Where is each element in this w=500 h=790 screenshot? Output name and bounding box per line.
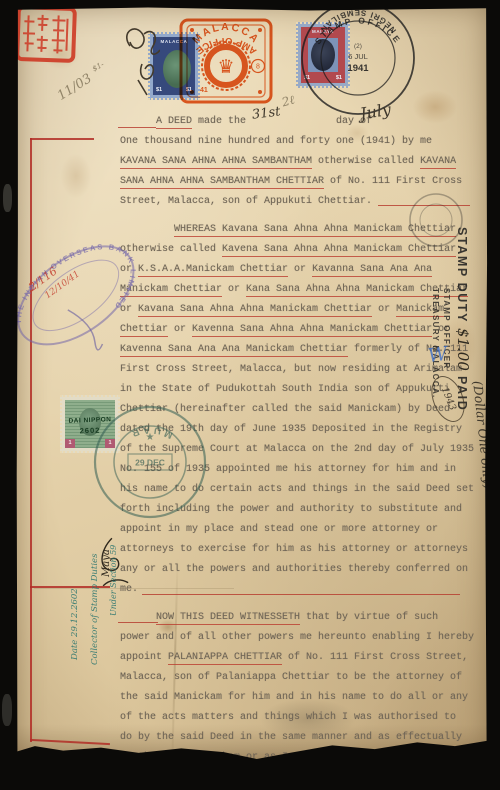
pencil-fraction-note: 11/03 [55,71,95,104]
typed-line: or K.S.A.A.Manickam Chettiar or Kavanna … [120,260,480,280]
typed-line: of the acts matters and things which I w… [120,708,480,728]
stamp-duty-amount-handwritten: $1.00 [454,328,472,371]
typed-line: as the said Manickam or as I might now d… [120,748,480,768]
ink-monogram [110,24,160,98]
postmark-negri-sembilan: STAMP OFFICE NEGRI SEMBILAN (2) 6 JUL 19… [298,0,418,118]
typed-text: that by virtue of such [300,612,438,623]
typed-text: First Cross Street, Malacca, but now res… [120,364,462,375]
typed-text: as the said Manickam or as I might now d… [120,752,456,763]
leader-rule [118,622,158,623]
postmark-muar: ★ 29 DEC MUAR [88,400,212,524]
typed-line: One thousand nine hundred and forty one … [120,132,480,152]
underlined-text: KAVANA SANA AHNA AHNA SAMBANTHAM [120,156,312,169]
purple-signature [68,305,104,351]
crown-icon: ♛ [217,57,234,78]
typed-text: Street, Malacca, son of Appukuti Chettia… [120,196,372,207]
collector-of-stamp-duties: Collector of Stamp Duties [90,554,100,665]
typed-text: or [372,304,396,315]
postmark-center-line2: 6 JUL [348,52,368,61]
embossed-revenue-stamp-malacca: MALACCA AMP OFFICE ♛ 41 8 [178,14,274,106]
underlined-text: KAVANA [420,156,456,169]
stamp-value: 1 [65,439,75,448]
typed-text: or [222,284,246,295]
red-margin-tick [30,138,94,140]
typed-text: Malacca, son of Palaniappa Chettiar to b… [120,672,462,683]
postmark-year: 1941 [347,63,369,74]
leader-rule [118,127,156,128]
typed-line: power and of all other powers me hereunt… [120,628,480,648]
underlined-text: SANA AHNA AHNA SAMBANTHAM CHETTIAR [120,176,324,189]
underlined-text: NOW THIS DEED WITNESSETH [156,612,300,625]
typed-line: First Cross Street, Malacca, but now res… [120,360,480,380]
typed-line: the said Manickam for him and in his nam… [120,688,480,708]
typed-text: power and of all other powers me hereunt… [120,632,474,643]
japanese-red-seal [15,5,77,63]
typed-text: appoint in my place and stead one or mor… [120,524,438,535]
typed-text: or [288,264,312,275]
typed-line: KAVANA SANA AHNA AHNA SAMBANTHAM otherwi… [120,152,480,172]
paragraph-gap [120,600,480,608]
typed-line: attorneys to exercise for him as his att… [120,540,480,560]
leader-rule [142,594,460,595]
typed-text: any or all the powers and authorities th… [120,564,468,575]
typed-line: appoint PALANIAPPA CHETTIAR of No. 111 F… [120,648,480,668]
typed-text: otherwise called [312,156,420,167]
typed-text: appoint [120,652,168,663]
typed-text [120,116,156,127]
photo-edge-artifact [3,184,12,212]
pencil-note-2l: 2ℓ [280,93,296,111]
underlined-text: Kavanna Sana Ana Ana [312,264,432,277]
typed-text: do by the said Deed in the same manner a… [120,732,462,743]
typed-text: attorneys to exercise for him as his att… [120,544,468,555]
pencil-value-note: $1- [91,60,106,74]
photo-of-deed: A DEED made the day ofOne thousand nine … [0,0,500,790]
underlined-text: Kavenna Sana Ana Ana Manickam Chettiar [120,344,348,357]
typed-text: of No. 111 First Cross [324,176,462,187]
embossed-stamp-art: MALACCA AMP OFFICE ♛ 41 8 [178,14,274,106]
typed-line: Kavenna Sana Ana Ana Manickam Chettiar f… [120,340,480,360]
typed-line: SANA AHNA AHNA SAMBANTHAM CHETTIAR of No… [120,172,480,192]
typed-line: Malacca, son of Palaniappa Chettiar to b… [120,668,480,688]
stamp-duty-prefix: STAMP DUTY [455,227,469,323]
circled-annotation-text: 1943 [439,386,458,413]
typed-line: Chettiar or Kavenna Sana Ahna Ahna Manic… [120,320,480,340]
typed-line: in the State of Pudukottah South India s… [120,380,480,400]
blue-ink-initials: W [427,343,449,368]
typed-text: of No. 111 First Cross Street, [282,652,468,663]
underlined-text: PALANIAPPA CHETTIAR [168,652,282,665]
red-margin-line [30,138,32,742]
seal-characters [19,9,73,59]
deed-paper: A DEED made the day ofOne thousand nine … [16,6,488,762]
typed-text: or [168,324,192,335]
stain [54,144,98,208]
typed-text: the said Manickam for him and in his nam… [120,692,468,703]
typed-text: One thousand nine hundred and forty one … [120,136,432,147]
postmark-center-line1: (2) [354,43,362,50]
embossed-die-number: 8 [256,64,260,71]
typed-line: any or all the powers and authorities th… [120,560,480,580]
photo-edge-artifact [2,694,12,726]
collector-signature-name: Maya [101,549,112,577]
typed-text: of the acts matters and things which I w… [120,712,456,723]
embossed-year: 41 [200,87,208,94]
collector-date-line: Date 29.12.2602 [70,588,80,660]
typed-line: NOW THIS DEED WITNESSETH that by virtue … [120,608,480,628]
typed-line: me. [120,580,480,600]
typed-text: in the State of Pudukottah South India s… [120,384,450,395]
underlined-text: A DEED [156,116,192,129]
postmark-date: 29 DEC [135,458,165,468]
typed-line: do by the said Deed in the same manner a… [120,728,480,748]
underlined-text: Kavenna Sana Ahna Ahna Manickam Chettiar [192,324,432,337]
